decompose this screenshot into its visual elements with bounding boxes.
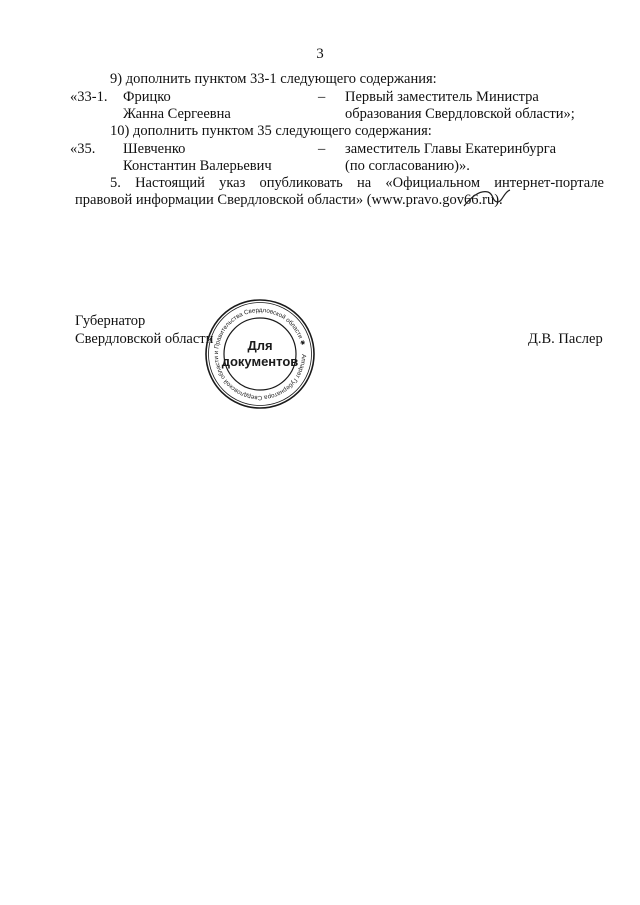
stamp-center-line1: Для — [247, 338, 272, 353]
entry-given-names: Жанна Сергеевна — [123, 105, 231, 123]
entry-dash: – — [318, 88, 325, 106]
stamp-center-line2: документов — [222, 354, 299, 369]
signer-name: Д.В. Паслер — [528, 330, 603, 348]
entry-title-line1: заместитель Главы Екатеринбурга — [345, 140, 556, 158]
official-stamp: Аппарат Губернатора Свердловской области… — [204, 298, 316, 410]
item-9-intro: 9) дополнить пунктом 33-1 следующего сод… — [110, 70, 437, 88]
clause-5-line2: правовой информации Свердловской области… — [75, 191, 503, 209]
entry-title-line1: Первый заместитель Министра — [345, 88, 539, 106]
clause-5-line1: 5. Настоящий указ опубликовать на «Офици… — [110, 174, 604, 192]
entry-surname: Фрицко — [123, 88, 171, 106]
entry-dash: – — [318, 140, 325, 158]
entry-number: «35. — [70, 140, 95, 158]
signature-position-line2: Свердловской области — [75, 330, 213, 348]
stamp-seal-icon: Аппарат Губернатора Свердловской области… — [204, 298, 316, 410]
entry-given-names: Константин Валерьевич — [123, 157, 272, 175]
entry-surname: Шевченко — [123, 140, 185, 158]
signature-position-line1: Губернатор — [75, 312, 145, 330]
document-page: 3 9) дополнить пунктом 33-1 следующего с… — [0, 0, 640, 905]
entry-title-line2: (по согласованию)». — [345, 157, 470, 175]
item-10-intro: 10) дополнить пунктом 35 следующего соде… — [110, 122, 432, 140]
entry-title-line2: образования Свердловской области»; — [345, 105, 575, 123]
page-number: 3 — [0, 45, 640, 63]
entry-number: «33-1. — [70, 88, 107, 106]
